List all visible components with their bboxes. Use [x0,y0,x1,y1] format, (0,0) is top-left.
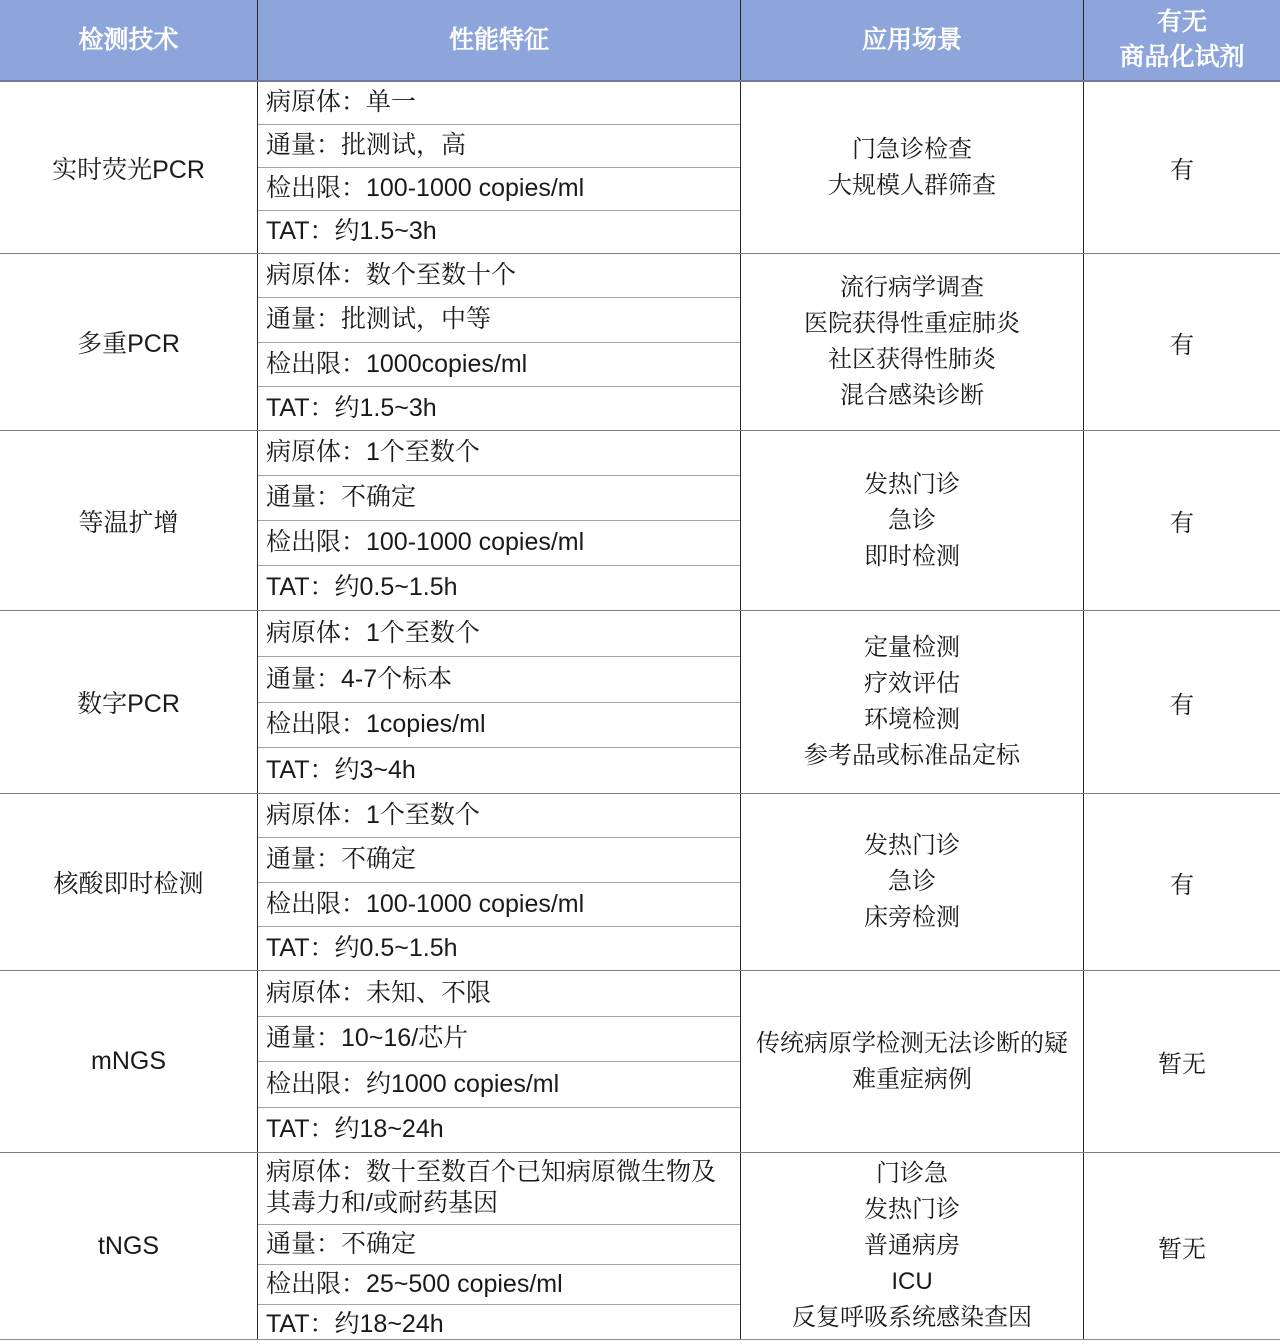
feature-item: 通量：4-7个标本 [258,657,740,703]
features-cell: 病原体：1个至数个 通量：4-7个标本 检出限：1copies/ml TAT：约… [257,611,740,793]
feature-item: TAT：约1.5~3h [258,211,740,253]
reagent-cell: 有 [1083,431,1280,610]
feature-item: 通量：不确定 [258,838,740,882]
reagent-cell: 有 [1083,254,1280,430]
feature-item: TAT：约1.5~3h [258,387,740,430]
feature-item: TAT：约18~24h [258,1305,740,1344]
header-tech: 检测技术 [0,0,257,80]
scenario-cell: 门急诊检查 大规模人群筛查 [740,82,1083,253]
feature-item: 病原体：1个至数个 [258,611,740,657]
scenario-cell: 流行病学调查 医院获得性重症肺炎 社区获得性肺炎 混合感染诊断 [740,254,1083,430]
table-row: mNGS 病原体：未知、不限 通量：10~16/芯片 检出限：约1000 cop… [0,971,1280,1153]
scenario-cell: 发热门诊 急诊 床旁检测 [740,794,1083,970]
reagent-cell: 有 [1083,611,1280,793]
features-cell: 病原体：1个至数个 通量：不确定 检出限：100-1000 copies/ml … [257,794,740,970]
table-row: 等温扩增 病原体：1个至数个 通量：不确定 检出限：100-1000 copie… [0,431,1280,611]
header-reagent: 有无 商品化试剂 [1083,0,1280,80]
features-cell: 病原体：1个至数个 通量：不确定 检出限：100-1000 copies/ml … [257,431,740,610]
scenario-cell: 门诊急 发热门诊 普通病房 ICU 反复呼吸系统感染查因 [740,1153,1083,1339]
feature-item: 检出限：100-1000 copies/ml [258,168,740,211]
feature-item: 通量：不确定 [258,476,740,521]
feature-item: TAT：约3~4h [258,748,740,793]
header-scenarios: 应用场景 [740,0,1083,80]
feature-item: 检出限：25~500 copies/ml [258,1265,740,1305]
feature-item: 病原体：1个至数个 [258,794,740,838]
feature-item: 检出限：100-1000 copies/ml [258,883,740,927]
scenario-cell: 定量检测 疗效评估 环境检测 参考品或标准品定标 [740,611,1083,793]
feature-item: TAT：约0.5~1.5h [258,566,740,610]
tech-cell: 等温扩增 [0,431,257,610]
feature-item: 检出限：1copies/ml [258,703,740,749]
feature-item: 通量：批测试，高 [258,125,740,168]
table-row: tNGS 病原体：数十至数百个已知病原微生物及其毒力和/或耐药基因 通量：不确定… [0,1153,1280,1340]
feature-item: 检出限：1000copies/ml [258,343,740,387]
scenario-cell: 发热门诊 急诊 即时检测 [740,431,1083,610]
scenario-cell: 传统病原学检测无法诊断的疑难重症病例 [740,971,1083,1152]
feature-item: 检出限：约1000 copies/ml [258,1062,740,1108]
header-features: 性能特征 [257,0,740,80]
features-cell: 病原体：未知、不限 通量：10~16/芯片 检出限：约1000 copies/m… [257,971,740,1152]
tech-cell: tNGS [0,1153,257,1339]
features-cell: 病原体：数个至数十个 通量：批测试，中等 检出限：1000copies/ml T… [257,254,740,430]
tech-cell: 多重PCR [0,254,257,430]
feature-item: 病原体：单一 [258,82,740,125]
features-cell: 病原体：数十至数百个已知病原微生物及其毒力和/或耐药基因 通量：不确定 检出限：… [257,1153,740,1339]
feature-item: 通量：批测试，中等 [258,298,740,342]
table-row: 核酸即时检测 病原体：1个至数个 通量：不确定 检出限：100-1000 cop… [0,794,1280,971]
feature-item: TAT：约18~24h [258,1108,740,1153]
tech-cell: mNGS [0,971,257,1152]
reagent-cell: 有 [1083,794,1280,970]
feature-item: 通量：10~16/芯片 [258,1017,740,1063]
feature-item: 病原体：未知、不限 [258,971,740,1017]
reagent-cell: 暂无 [1083,1153,1280,1339]
feature-item: TAT：约0.5~1.5h [258,927,740,970]
tech-cell: 核酸即时检测 [0,794,257,970]
table-row: 多重PCR 病原体：数个至数十个 通量：批测试，中等 检出限：1000copie… [0,254,1280,431]
reagent-cell: 暂无 [1083,971,1280,1152]
table-row: 实时荧光PCR 病原体：单一 通量：批测试，高 检出限：100-1000 cop… [0,82,1280,254]
feature-item: 检出限：100-1000 copies/ml [258,521,740,566]
feature-item: 病原体：数十至数百个已知病原微生物及其毒力和/或耐药基因 [258,1153,740,1225]
features-cell: 病原体：单一 通量：批测试，高 检出限：100-1000 copies/ml T… [257,82,740,253]
table-row: 数字PCR 病原体：1个至数个 通量：4-7个标本 检出限：1copies/ml… [0,611,1280,794]
detection-technology-table: 检测技术 性能特征 应用场景 有无 商品化试剂 实时荧光PCR 病原体：单一 通… [0,0,1280,1340]
feature-item: 病原体：1个至数个 [258,431,740,476]
feature-item: 病原体：数个至数十个 [258,254,740,298]
reagent-cell: 有 [1083,82,1280,253]
tech-cell: 数字PCR [0,611,257,793]
feature-item: 通量：不确定 [258,1225,740,1265]
table-header-row: 检测技术 性能特征 应用场景 有无 商品化试剂 [0,0,1280,82]
tech-cell: 实时荧光PCR [0,82,257,253]
